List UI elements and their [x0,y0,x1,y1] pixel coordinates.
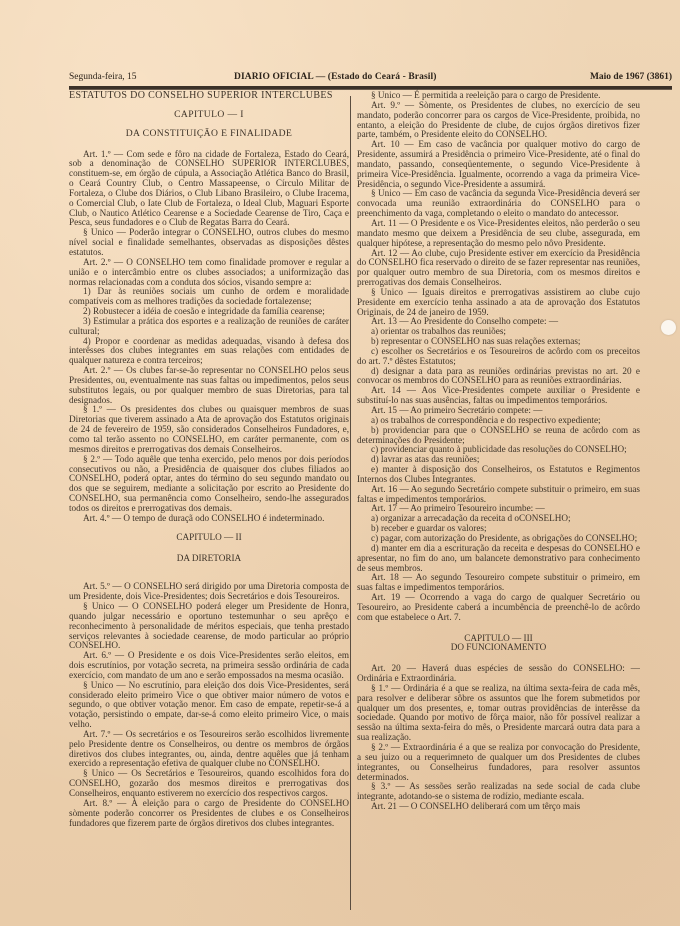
article-paragraph: 1) Dar às reuniões sociais um cunho de o… [69,287,349,307]
article-paragraph: Art. 21 — O CONSELHO deliberará com um t… [357,802,640,812]
left-column: ESTATUTOS DO CONSELHO SUPERIOR INTERCLUB… [69,91,349,828]
article-paragraph: c) escolher os Secretários e os Tesourei… [357,347,640,367]
article-paragraph: Art. 5.º — O CONSELHO será dirigido por … [69,582,349,602]
chapter-subtitle: DA CONSTITUIÇÃO E FINALIDADE [69,129,349,139]
article-paragraph: Art. 1.º — Com sede e fôro na cidade de … [69,150,349,229]
article-paragraph: Art. 2.º — Os clubes far-se-ão represent… [69,366,349,405]
chapter-subtitle: DA DIRETORIA [69,554,349,564]
chapter-subtitle: DO FUNCIONAMENTO [357,643,640,653]
issue-number: Maio de 1967 (3861) [590,72,672,82]
article-paragraph: § Unico — No escrutínio, para eleição do… [69,681,349,730]
newspaper-title: DIARIO OFICIAL — (Estado do Ceará - Bras… [234,72,437,82]
article-paragraph: § 2.º — Extraordinária é a que se realiz… [357,743,640,782]
document-title: ESTATUTOS DO CONSELHO SUPERIOR INTERCLUB… [69,91,349,101]
article-paragraph: Art. 10 — Em caso de vacância por qualqu… [357,140,640,189]
article-paragraph: Art. 20 — Haverá duas espécies de sessão… [357,664,640,684]
article-paragraph: d) designar a data para as reuniões ordi… [357,367,640,387]
article-paragraph: d) manter em dia a escrituração da recei… [357,544,640,574]
article-paragraph: § Unico — Iguais direitos e prerrogativa… [357,288,640,318]
newspaper-page: Segunda-feira, 15 DIARIO OFICIAL — (Esta… [0,0,680,926]
article-paragraph: § Unico — Em caso de vacância da segunda… [357,189,640,219]
article-paragraph: Art. 6.º — O Presidente e os dois Vice-P… [69,651,349,681]
punch-hole [661,320,676,335]
chapter-heading: CAPITULO — II [69,533,349,543]
article-paragraph: § 2.º — Todo aquêle que tenha exercido, … [69,455,349,514]
article-paragraph: § 1.º — Ordinária é a que se realiza, na… [357,684,640,743]
article-paragraph: § Unico — O CONSELHO poderá eleger um Pr… [69,602,349,651]
article-paragraph: Art. 14 — Aos Vice-Presidentes compete a… [357,386,640,406]
column-divider [350,96,351,910]
article-paragraph: § 3.º — As sessões serão realizadas na s… [357,782,640,802]
article-paragraph: § Unico — Poderão integrar o CONSELHO, o… [69,228,349,258]
article-paragraph: b) providenciar para que o CONSELHO se r… [357,426,640,446]
article-paragraph: Art. 9.º — Sòmente, os Presidentes de cl… [357,101,640,140]
article-paragraph: Art. 2.º — O CONSELHO tem como finalidad… [69,258,349,288]
masthead: Segunda-feira, 15 DIARIO OFICIAL — (Esta… [69,72,672,86]
article-paragraph: e) manter à disposição dos Conselheiros,… [357,465,640,485]
article-paragraph: Art. 19 — Ocorrendo a vaga do cargo de q… [357,593,640,623]
article-paragraph: Art. 11 — O Presidente e os Vice-Preside… [357,219,640,249]
article-paragraph: Art. 4.º — O tempo de duraçã odo CONSELH… [69,514,349,524]
article-paragraph: § 1.º — Os presidentes dos clubes ou qua… [69,405,349,454]
article-paragraph: Art. 7.º — Os secretários e os Tesoureir… [69,730,349,769]
article-paragraph: 4) Propor e coordenar as medidas adequad… [69,337,349,367]
chapter-heading: CAPITULO — I [69,110,349,120]
article-paragraph: 3) Estimular a prática dos esportes e a … [69,317,349,337]
article-paragraph: Art. 18 — Ao segundo Tesoureiro compete … [357,573,640,593]
article-paragraph: Art. 16 — Ao segundo Secretário compete … [357,485,640,505]
right-column: § Unico — É permitida a reeleição para o… [357,91,640,812]
article-paragraph: Art. 12 — Ao clube, cujo Presidente esti… [357,249,640,288]
issue-date: Segunda-feira, 15 [69,72,137,82]
article-paragraph: Art. 8.º — À eleição para o cargo de Pre… [69,799,349,829]
article-paragraph: § Unico — Os Secretários e Tesoureiros, … [69,769,349,799]
